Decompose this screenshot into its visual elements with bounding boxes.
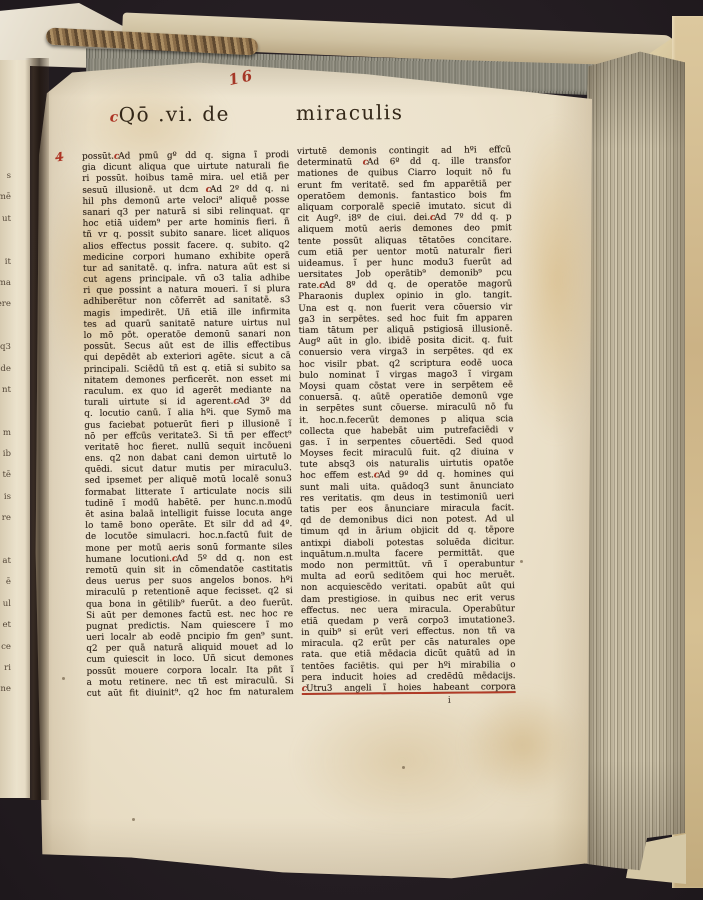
running-header: cQō .vi. demiraculis — [110, 100, 404, 127]
running-header-left: Qō .vi. de — [119, 102, 230, 127]
text-column-right: virtutē demonis contingit ad hºi effcūde… — [297, 145, 516, 695]
rubric-mark-icon: c — [363, 158, 368, 168]
text-line: cUtru3 angeli ĩ hoies habeant corpora — [302, 682, 516, 695]
rubric-mark-icon: c — [172, 554, 177, 564]
text-line: cut aūt fit diuinit⁹. q2 hoc fm naturale… — [87, 687, 294, 700]
handwritten-folio-number: 16 — [227, 66, 257, 89]
page-content: 16 cQō .vi. demiraculis 4 possūt.cAd pmū… — [0, 0, 703, 900]
signature-mark: i — [448, 696, 451, 706]
rubricated-margin-mark: 4 — [54, 150, 64, 165]
rubric-mark-icon: c — [206, 184, 211, 194]
running-header-right: miraculis — [296, 100, 404, 125]
text-column-left: possūt.cAd pmū gº dd q. signa ĩ prodigia… — [82, 150, 294, 700]
rubric-mark-icon: c — [302, 684, 307, 694]
rubric-mark-icon: c — [430, 213, 435, 223]
rubric-mark-icon: c — [114, 152, 119, 162]
book-photograph: smēutitmaereq3dentmibtēisreatēuletcerine… — [0, 0, 703, 900]
rubric-mark-icon: c — [374, 471, 379, 481]
rubric-mark-icon: c — [319, 281, 324, 291]
rubric-mark-icon: c — [233, 397, 238, 407]
